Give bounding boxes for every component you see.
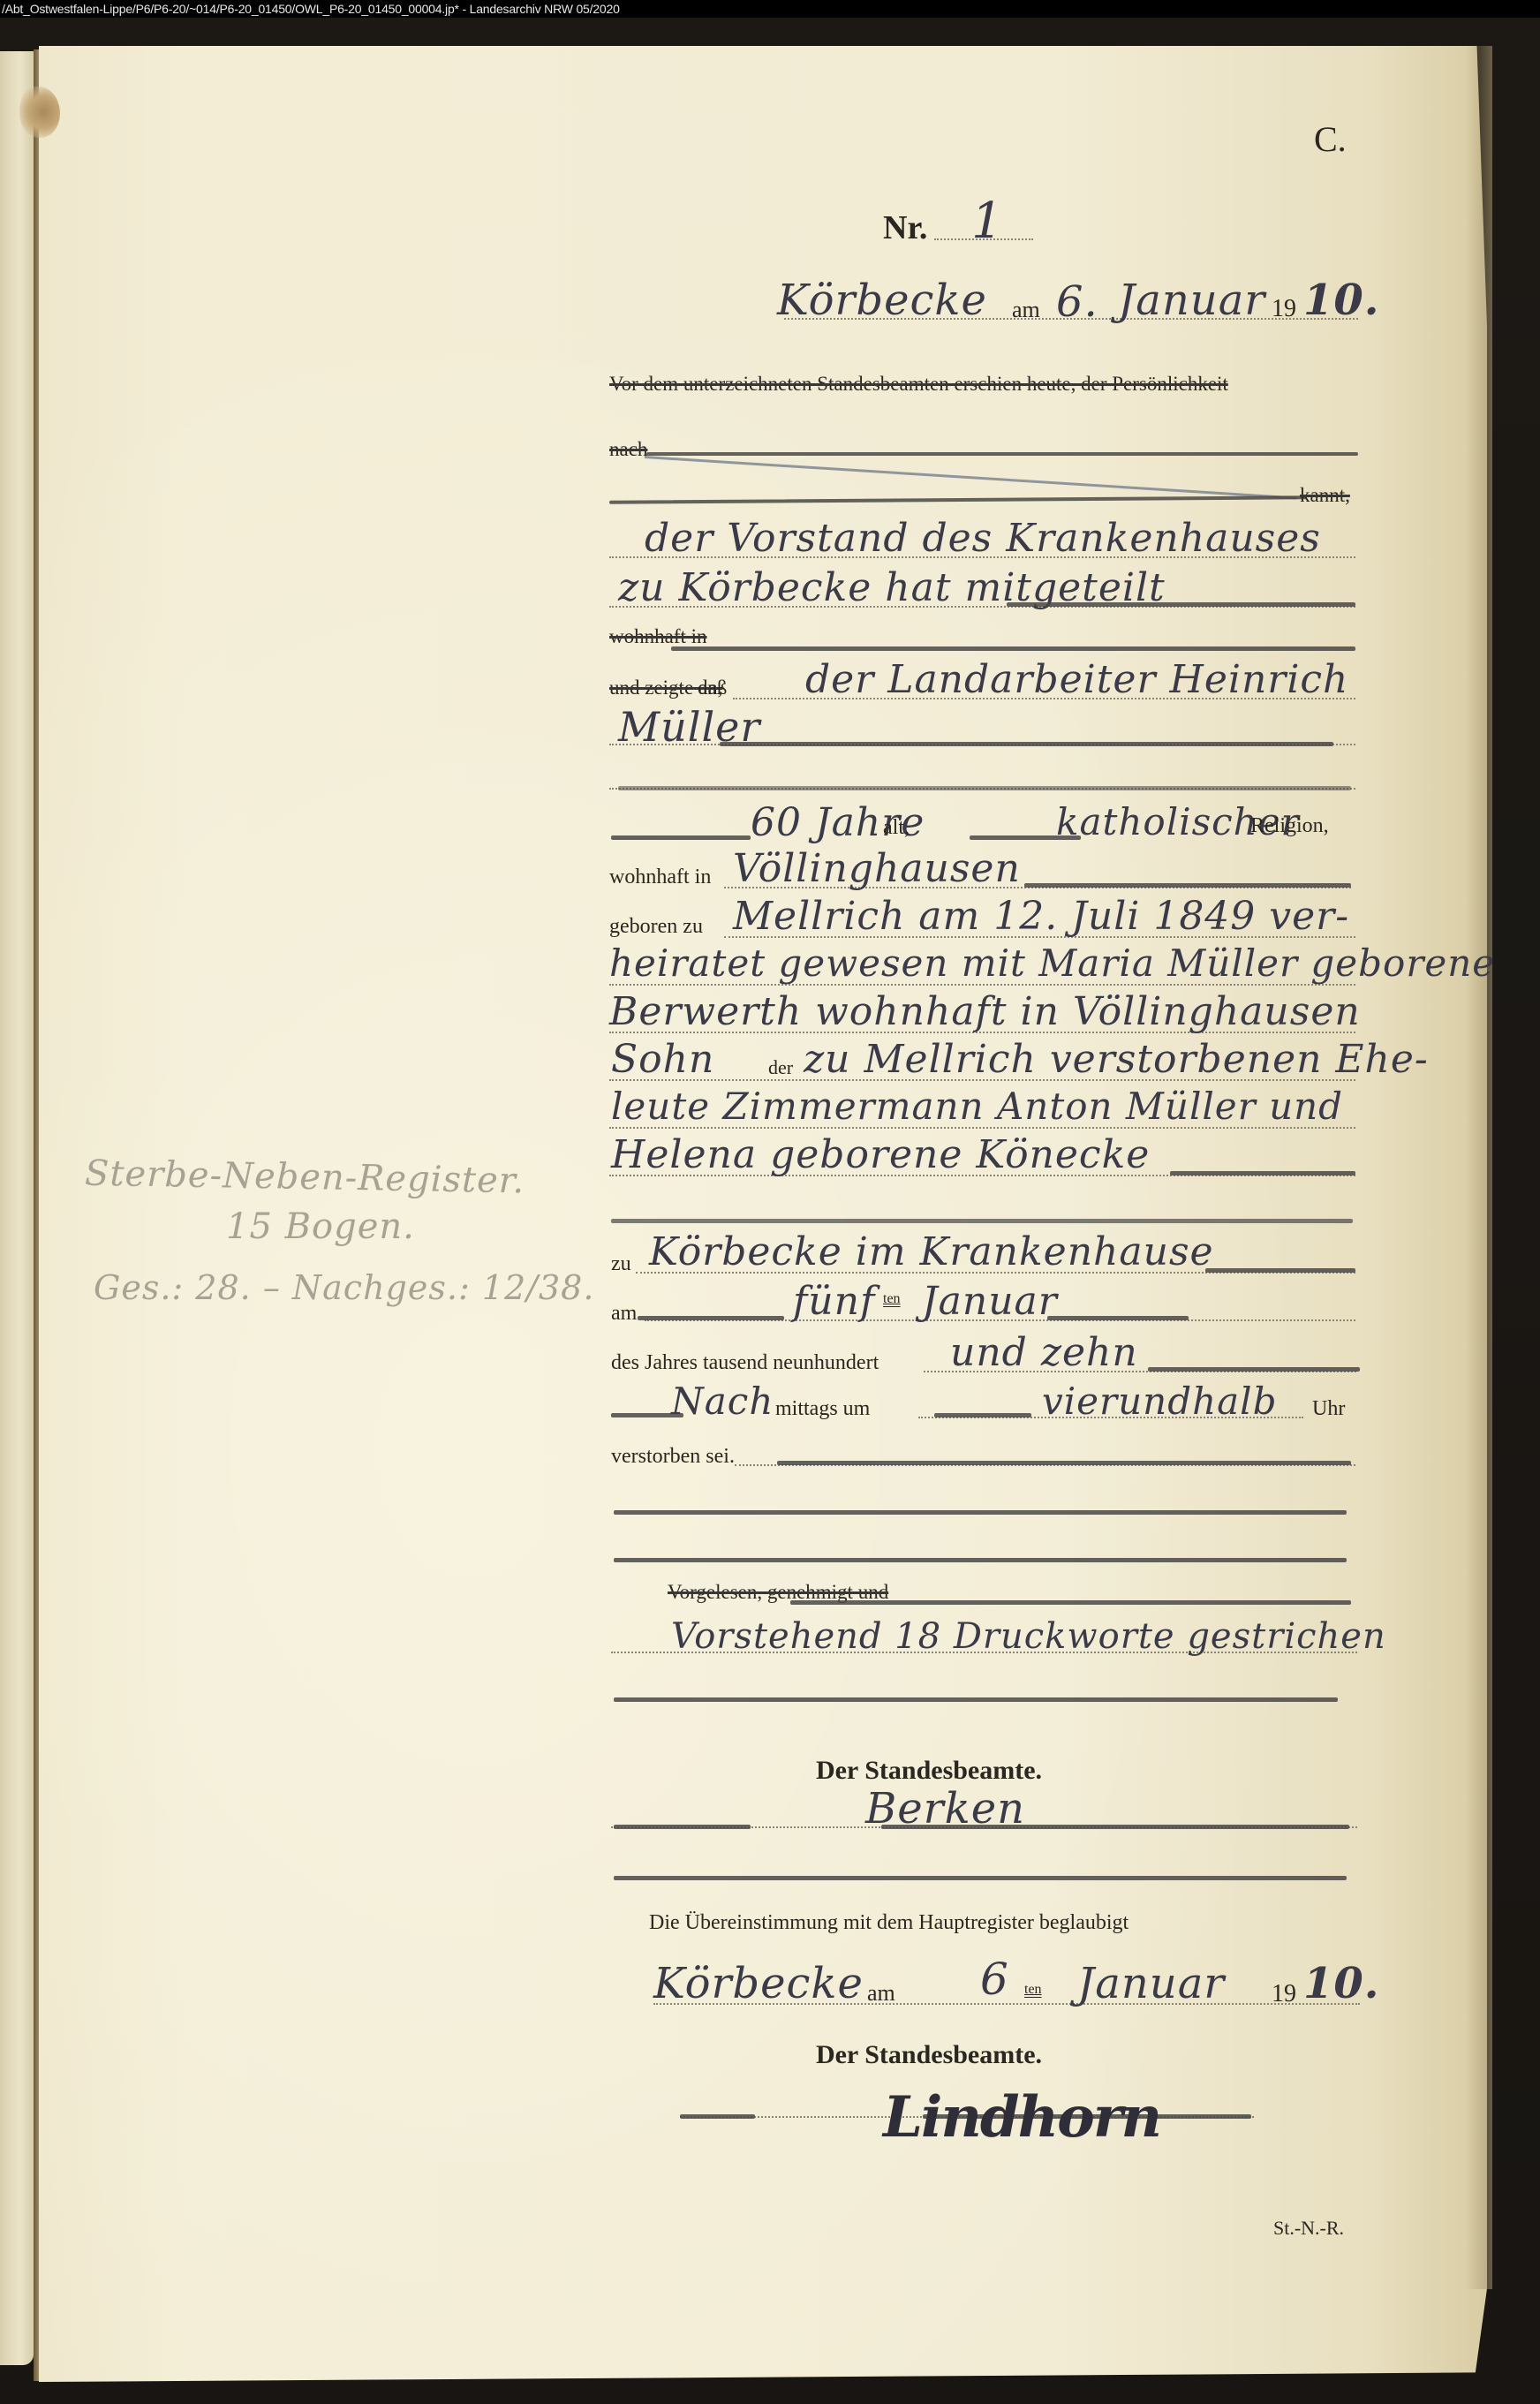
fill-stroke	[777, 1461, 1351, 1465]
fill-stroke	[934, 1413, 1031, 1417]
struck-intro: Vor dem unterzeichneten Standesbeamten e…	[609, 373, 1228, 396]
fill-stroke	[614, 1697, 1338, 1702]
cert-day: 6	[980, 1954, 1009, 2005]
died-label: verstorben sei.	[611, 1445, 735, 1469]
facing-page-edge	[0, 51, 34, 2365]
born-line-3: Berwerth wohnhaft in Völlinghausen	[609, 989, 1361, 1034]
strike-line	[646, 452, 1358, 456]
death-place-value: Körbecke im Krankenhause	[649, 1229, 1214, 1274]
official-title-2: Der Standesbeamte.	[752, 2040, 1106, 2070]
fill-stroke	[614, 1825, 751, 1829]
death-day-value: fünf	[793, 1279, 875, 1324]
cert-year-prefix: 19	[1272, 1980, 1296, 2008]
time-suffix: Uhr	[1312, 1397, 1345, 1421]
page-curl-shadow	[1466, 46, 1492, 2289]
time-label: mittags um	[775, 1397, 870, 1421]
fill-stroke	[680, 2114, 755, 2119]
fill-stroke	[614, 1876, 1347, 1880]
fill-stroke	[614, 1558, 1347, 1562]
residence-value: Völlinghausen	[733, 846, 1021, 891]
fill-stroke	[1007, 602, 1355, 607]
binding-spine	[34, 49, 39, 2381]
fill-stroke	[1148, 1367, 1360, 1372]
fill-stroke	[720, 742, 1333, 746]
official-title-1: Der Standesbeamte.	[752, 1756, 1106, 1786]
margin-note-line-3: Ges.: 28. – Nachges.: 12/38.	[94, 1268, 594, 1307]
margin-note-line-1: Sterbe-Neben-Register.	[85, 1153, 525, 1202]
cert-am-label: am	[867, 1980, 895, 2007]
cert-year-suffix: 10.	[1303, 1959, 1380, 2008]
fill-stroke	[611, 835, 751, 840]
parents-line-2: leute Zimmermann Anton Müller und	[611, 1085, 1343, 1128]
strike-line	[671, 646, 1355, 651]
closing-note: Vorstehend 18 Druckworte gestrichen	[671, 1616, 1386, 1657]
residence-label: wohnhaft in	[609, 866, 711, 889]
struck-kannt: kannt,	[1300, 484, 1350, 507]
header-am-label: am	[1012, 297, 1040, 323]
footer-code: St.-N.-R.	[1273, 2217, 1344, 2240]
death-day-label: am	[611, 1302, 637, 1326]
born-line-1: Mellrich am 12. Juli 1849 ver-	[733, 894, 1349, 939]
strike-line	[790, 1600, 1351, 1605]
cert-place: Körbecke	[653, 1959, 864, 2008]
form-letter: C.	[1314, 118, 1347, 160]
born-line-2: heiratet gewesen mit Maria Müller gebore…	[609, 941, 1495, 985]
header-year-prefix: 19	[1272, 295, 1296, 323]
fill-stroke	[618, 786, 1351, 790]
header-place: Körbecke	[777, 276, 987, 325]
informant-line-1: der Vorstand des Krankenhauses	[645, 516, 1321, 561]
religion-label: Religion,	[1250, 814, 1329, 838]
parents-line-1: zu Mellrich verstorbenen Ehe-	[804, 1037, 1429, 1082]
death-month: Januar	[922, 1279, 1058, 1324]
fill-stroke	[1170, 1171, 1355, 1176]
struck-nach: nach	[609, 438, 647, 461]
window-title-bar: /Abt_Ostwestfalen-Lippe/P6/P6-20/~014/P6…	[0, 0, 1540, 18]
binding-stain	[19, 87, 60, 138]
parents-prefix: Sohn	[611, 1037, 714, 1082]
fill-stroke	[638, 1316, 784, 1320]
parents-label: der	[768, 1056, 793, 1079]
fill-stroke	[611, 1219, 1353, 1223]
certification-text: Die Übereinstimmung mit dem Hauptregiste…	[649, 1911, 1129, 1935]
header-year-suffix: 10.	[1303, 276, 1380, 325]
fill-stroke	[1047, 1316, 1189, 1320]
born-label: geboren zu	[609, 915, 703, 939]
time-prefix: Nach	[671, 1380, 774, 1423]
fill-stroke	[1024, 883, 1351, 888]
death-year-value: und zehn	[950, 1330, 1138, 1375]
cert-day-suffix: ten	[1024, 1982, 1042, 1998]
window-title: /Abt_Ostwestfalen-Lippe/P6/P6-20/~014/P6…	[2, 2, 620, 16]
parents-line-3: Helena geborene Könecke	[611, 1132, 1150, 1177]
deceased-line-1: der Landarbeiter Heinrich	[805, 657, 1348, 702]
fill-stroke	[614, 1510, 1347, 1515]
time-value: vierundhalb	[1042, 1380, 1278, 1423]
official-signature-1: Berken	[865, 1784, 1025, 1833]
number-label: Nr.	[883, 208, 927, 247]
death-year-label: des Jahres tausend neunhundert	[611, 1351, 879, 1375]
age-label: alt,	[883, 816, 910, 840]
cert-month: Januar	[1077, 1959, 1225, 2008]
header-month: Januar	[1118, 276, 1265, 325]
death-place-label: zu	[611, 1252, 631, 1276]
number-value: 1	[971, 193, 1004, 250]
death-day-suffix: ten	[883, 1291, 901, 1307]
dass-label: daß	[698, 677, 727, 699]
official-signature-2: Lindhorn	[883, 2084, 1160, 2151]
header-day: 6.	[1056, 277, 1098, 327]
fill-stroke	[1205, 1268, 1355, 1273]
struck-wohnhaft: wohnhaft in	[609, 625, 707, 648]
margin-note-line-2: 15 Bogen.	[226, 1206, 415, 1247]
